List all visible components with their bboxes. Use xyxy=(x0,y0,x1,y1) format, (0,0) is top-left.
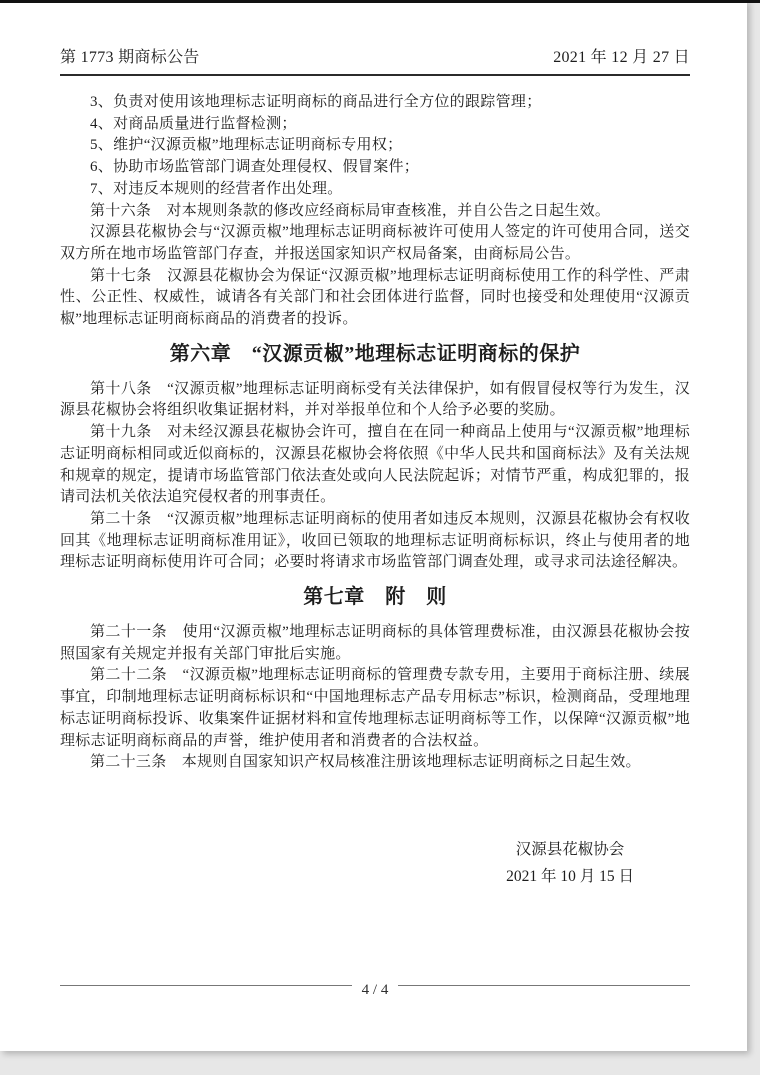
article-21: 第二十一条 使用“汉源贡椒”地理标志证明商标的具体管理费标准，由汉源县花椒协会按… xyxy=(60,622,690,665)
article-23: 第二十三条 本规则自国家知识产权局核准注册该地理标志证明商标之日起生效。 xyxy=(60,752,690,774)
article-20: 第二十条 “汉源贡椒”地理标志证明商标的使用者如违反本规则，汉源县花椒协会有权收… xyxy=(60,509,690,574)
chapter-6-heading: 第六章 “汉源贡椒”地理标志证明商标的保护 xyxy=(60,340,690,368)
duty-item-6: 6、协助市场监管部门调查处理侵权、假冒案件； xyxy=(60,157,690,179)
signature-block: 汉源县花椒协会 2021 年 10 月 15 日 xyxy=(60,836,690,890)
article-16: 第十六条 对本规则条款的修改应经商标局审查核准，并自公告之日起生效。 xyxy=(60,201,690,223)
article-22: 第二十二条 “汉源贡椒”地理标志证明商标的管理费专款专用，主要用于商标注册、续展… xyxy=(60,665,690,752)
article-17: 第十七条 汉源县花椒协会为保证“汉源贡椒”地理标志证明商标使用工作的科学性、严肃… xyxy=(60,266,690,331)
signature-inner: 汉源县花椒协会 2021 年 10 月 15 日 xyxy=(506,836,634,890)
page-number: 4 / 4 xyxy=(352,982,399,999)
duty-item-7: 7、对违反本规则的经营者作出处理。 xyxy=(60,179,690,201)
signature-organization: 汉源县花椒协会 xyxy=(506,836,634,863)
scan-top-edge-bar xyxy=(0,0,760,3)
scanned-page-stage: 第 1773 期商标公告 2021 年 12 月 27 日 3、负责对使用该地理… xyxy=(0,0,760,1075)
chapter-7-heading: 第七章 附 则 xyxy=(60,583,690,611)
duty-item-5: 5、维护“汉源贡椒”地理标志证明商标专用权； xyxy=(60,135,690,157)
article-16-supplement: 汉源县花椒协会与“汉源贡椒”地理标志证明商标被许可使用人签定的许可使用合同，送交… xyxy=(60,222,690,265)
page-header: 第 1773 期商标公告 2021 年 12 月 27 日 xyxy=(60,44,690,76)
page-footer-rule: 4 / 4 xyxy=(60,985,690,1004)
gazette-page: 第 1773 期商标公告 2021 年 12 月 27 日 3、负责对使用该地理… xyxy=(0,0,747,1051)
document-body: 3、负责对使用该地理标志证明商标的商品进行全方位的跟踪管理； 4、对商品质量进行… xyxy=(60,92,690,774)
article-19: 第十九条 对未经汉源县花椒协会许可，擅自在在同一种商品上使用与“汉源贡椒”地理标… xyxy=(60,422,690,509)
duty-item-3: 3、负责对使用该地理标志证明商标的商品进行全方位的跟踪管理； xyxy=(60,92,690,114)
article-18: 第十八条 “汉源贡椒”地理标志证明商标受有关法律保护，如有假冒侵权等行为发生，汉… xyxy=(60,379,690,422)
gazette-date: 2021 年 12 月 27 日 xyxy=(553,44,690,67)
signature-date: 2021 年 10 月 15 日 xyxy=(506,863,634,890)
duty-item-4: 4、对商品质量进行监督检测； xyxy=(60,114,690,136)
gazette-issue-title: 第 1773 期商标公告 xyxy=(60,44,200,67)
